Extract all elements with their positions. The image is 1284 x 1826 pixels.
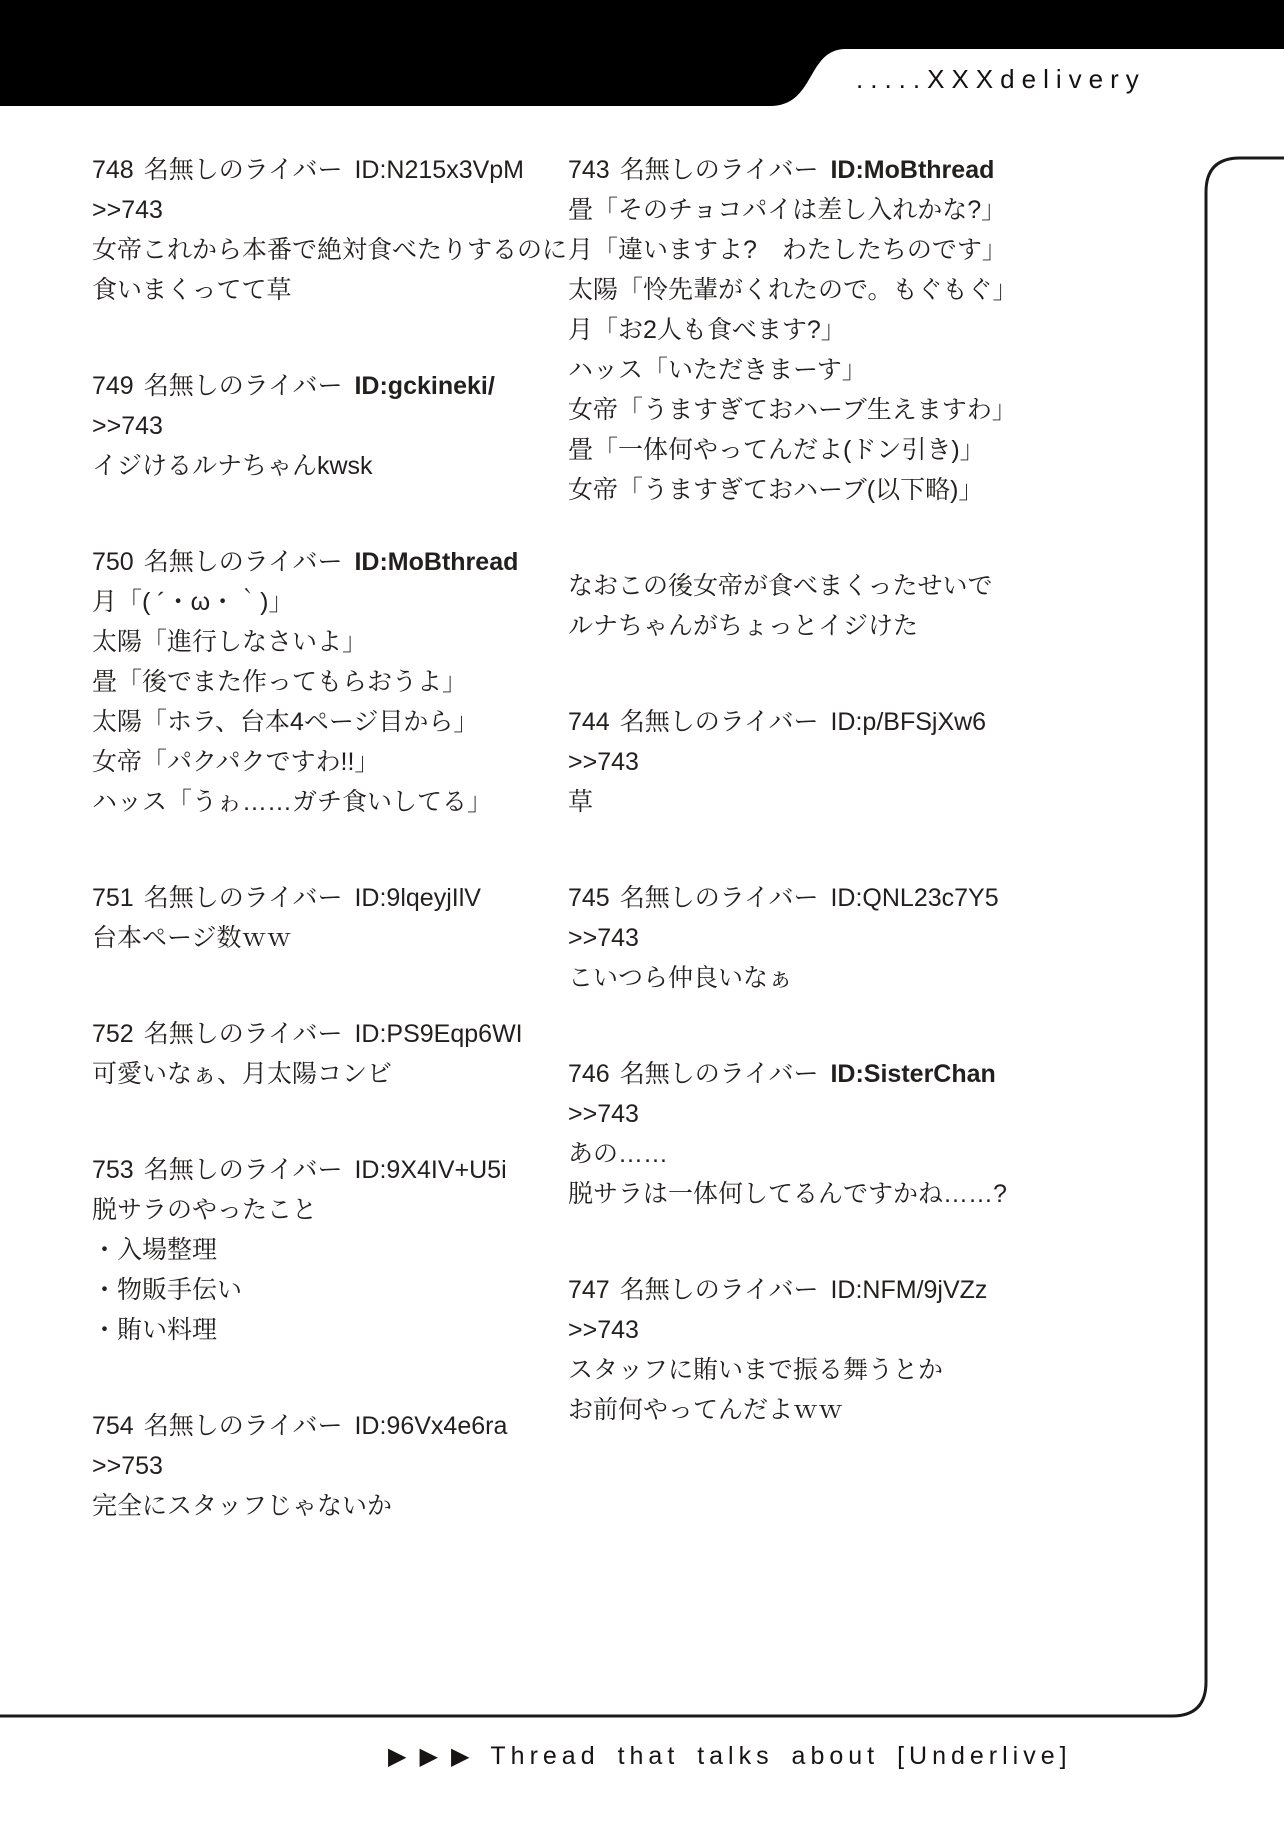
poster-id: ID:96Vx4e6ra <box>354 1412 507 1440</box>
reply-anchor: >>743 <box>92 406 592 446</box>
post-line: 月「違いますよ? わたしたちのです」 <box>568 230 1068 270</box>
reply-anchor: >>743 <box>568 918 1068 958</box>
header-brand: .....XXXdelivery <box>856 64 1146 95</box>
reply-anchor: >>743 <box>92 190 592 230</box>
post-752: 752名無しのライバーID:PS9Eqp6WI可愛いなぁ、月太陽コンビ <box>92 1014 592 1094</box>
post-line: 脱サラは一体何してるんですかね……? <box>568 1174 1068 1214</box>
post-line: お前何やってんだよｗｗ <box>568 1390 1068 1430</box>
post-line: 可愛いなぁ、月太陽コンビ <box>92 1054 592 1094</box>
post-line: スタッフに賄いまで振る舞うとか <box>568 1350 1068 1390</box>
poster-id: ID:p/BFSjXw6 <box>830 708 986 736</box>
poster-name: 名無しのライバー <box>620 708 819 736</box>
post-number: 746 <box>568 1060 610 1088</box>
post-header: 743名無しのライバーID:MoBthread <box>568 150 1068 190</box>
post-header: 752名無しのライバーID:PS9Eqp6WI <box>92 1014 592 1054</box>
poster-id: ID:9lqeyjIlV <box>354 884 480 912</box>
post-number: 744 <box>568 708 610 736</box>
post-header: 750名無しのライバーID:MoBthread <box>92 542 592 582</box>
post-746: 746名無しのライバーID:SisterChan>>743あの……脱サラは一体何… <box>568 1054 1068 1214</box>
post-line: ・物販手伝い <box>92 1270 592 1310</box>
post-header: 747名無しのライバーID:NFM/9jVZz <box>568 1270 1068 1310</box>
post-header: 754名無しのライバーID:96Vx4e6ra <box>92 1406 592 1446</box>
post-line: 完全にスタッフじゃないか <box>92 1486 592 1526</box>
poster-id: ID:QNL23c7Y5 <box>830 884 998 912</box>
post-line: 畳「後でまた作ってもらおうよ」 <box>92 662 592 702</box>
poster-id: ID:SisterChan <box>830 1060 995 1088</box>
reply-anchor: >>743 <box>568 742 1068 782</box>
post-line: ・賄い料理 <box>92 1310 592 1350</box>
post-line: なおこの後女帝が食べまくったせいで <box>568 566 1068 606</box>
poster-name: 名無しのライバー <box>144 1412 343 1440</box>
poster-name: 名無しのライバー <box>620 884 819 912</box>
post-753: 753名無しのライバーID:9X4IV+U5i脱サラのやったこと・入場整理・物販… <box>92 1150 592 1350</box>
poster-name: 名無しのライバー <box>620 1060 819 1088</box>
thread-column-right: 743名無しのライバーID:MoBthread畳「そのチョコパイは差し入れかな?… <box>568 150 1068 1486</box>
poster-name: 名無しのライバー <box>620 1276 819 1304</box>
post-header: 748名無しのライバーID:N215x3VpM <box>92 150 592 190</box>
triangle-icon: ▶ <box>451 1742 469 1771</box>
reply-anchor: >>743 <box>568 1310 1068 1350</box>
post-line: 台本ページ数ｗｗ <box>92 918 592 958</box>
post-744: 744名無しのライバーID:p/BFSjXw6>>743草 <box>568 702 1068 822</box>
post-line: ・入場整理 <box>92 1230 592 1270</box>
post-number: 754 <box>92 1412 134 1440</box>
post-line: 女帝「うますぎておハーブ(以下略)」 <box>568 470 1068 510</box>
post-number: 750 <box>92 548 134 576</box>
post-number: 753 <box>92 1156 134 1184</box>
reply-anchor: >>743 <box>568 1094 1068 1134</box>
post-number: 749 <box>92 372 134 400</box>
post-line: 女帝「うますぎておハーブ生えますわ」 <box>568 390 1068 430</box>
poster-name: 名無しのライバー <box>620 156 819 184</box>
poster-name: 名無しのライバー <box>144 548 343 576</box>
post-751: 751名無しのライバーID:9lqeyjIlV台本ページ数ｗｗ <box>92 878 592 958</box>
page: .....XXXdelivery 748名無しのライバーID:N215x3VpM… <box>0 0 1284 1826</box>
post-number: 752 <box>92 1020 134 1048</box>
poster-name: 名無しのライバー <box>144 372 343 400</box>
post-header: 753名無しのライバーID:9X4IV+U5i <box>92 1150 592 1190</box>
post-header: 749名無しのライバーID:gckineki/ <box>92 366 592 406</box>
post-line: 太陽「進行しなさいよ」 <box>92 622 592 662</box>
post-line: 月「お2人も食べます?」 <box>568 310 1068 350</box>
poster-id: ID:gckineki/ <box>354 372 494 400</box>
post-line: イジけるルナちゃんkwsk <box>92 446 592 486</box>
poster-id: ID:MoBthread <box>830 156 994 184</box>
poster-id: ID:N215x3VpM <box>354 156 524 184</box>
post-line: 太陽「怜先輩がくれたので。もぐもぐ」 <box>568 270 1068 310</box>
post-header: 751名無しのライバーID:9lqeyjIlV <box>92 878 592 918</box>
post-line: 脱サラのやったこと <box>92 1190 592 1230</box>
poster-name: 名無しのライバー <box>144 1020 343 1048</box>
poster-name: 名無しのライバー <box>144 884 343 912</box>
footer-label: Thread that talks about [Underlive] <box>490 1742 1071 1770</box>
triangle-icon: ▶ <box>388 1742 406 1771</box>
post-line: 月「( ´・ω・｀)」 <box>92 582 592 622</box>
post-number: 747 <box>568 1276 610 1304</box>
post-line: ハッス「うゎ……ガチ食いしてる」 <box>92 782 592 822</box>
poster-id: ID:9X4IV+U5i <box>354 1156 506 1184</box>
post-743: 743名無しのライバーID:MoBthread畳「そのチョコパイは差し入れかな?… <box>568 150 1068 510</box>
post-number: 751 <box>92 884 134 912</box>
poster-id: ID:PS9Eqp6WI <box>354 1020 522 1048</box>
poster-name: 名無しのライバー <box>144 156 343 184</box>
post-line: 畳「そのチョコパイは差し入れかな?」 <box>568 190 1068 230</box>
narration-block: なおこの後女帝が食べまくったせいでルナちゃんがちょっとイジけた <box>568 566 1068 646</box>
thread-column-left: 748名無しのライバーID:N215x3VpM>>743女帝これから本番で絶対食… <box>92 150 592 1582</box>
post-748: 748名無しのライバーID:N215x3VpM>>743女帝これから本番で絶対食… <box>92 150 592 310</box>
post-line: ルナちゃんがちょっとイジけた <box>568 606 1068 646</box>
post-line: 草 <box>568 782 1068 822</box>
triangle-icon: ▶ <box>419 1742 437 1771</box>
post-line: 女帝「パクパクですわ!!」 <box>92 742 592 782</box>
post-header: 745名無しのライバーID:QNL23c7Y5 <box>568 878 1068 918</box>
post-747: 747名無しのライバーID:NFM/9jVZz>>743スタッフに賄いまで振る舞… <box>568 1270 1068 1430</box>
post-745: 745名無しのライバーID:QNL23c7Y5>>743こいつら仲良いなぁ <box>568 878 1068 998</box>
post-line: ハッス「いただきまーす」 <box>568 350 1068 390</box>
poster-id: ID:MoBthread <box>354 548 518 576</box>
post-number: 743 <box>568 156 610 184</box>
post-line: あの…… <box>568 1134 1068 1174</box>
post-header: 744名無しのライバーID:p/BFSjXw6 <box>568 702 1068 742</box>
reply-anchor: >>753 <box>92 1446 592 1486</box>
footer: ▶▶▶Thread that talks about [Underlive] <box>388 1742 1072 1771</box>
post-749: 749名無しのライバーID:gckineki/>>743イジけるルナちゃんkws… <box>92 366 592 486</box>
poster-name: 名無しのライバー <box>144 1156 343 1184</box>
post-line: 畳「一体何やってんだよ(ドン引き)」 <box>568 430 1068 470</box>
post-number: 745 <box>568 884 610 912</box>
poster-id: ID:NFM/9jVZz <box>830 1276 987 1304</box>
post-line: 食いまくってて草 <box>92 270 592 310</box>
post-header: 746名無しのライバーID:SisterChan <box>568 1054 1068 1094</box>
post-line: こいつら仲良いなぁ <box>568 958 1068 998</box>
post-754: 754名無しのライバーID:96Vx4e6ra>>753完全にスタッフじゃないか <box>92 1406 592 1526</box>
post-750: 750名無しのライバーID:MoBthread月「( ´・ω・｀)」太陽「進行し… <box>92 542 592 822</box>
post-line: 女帝これから本番で絶対食べたりするのに <box>92 230 592 270</box>
post-line: 太陽「ホラ、台本4ページ目から」 <box>92 702 592 742</box>
post-number: 748 <box>92 156 134 184</box>
